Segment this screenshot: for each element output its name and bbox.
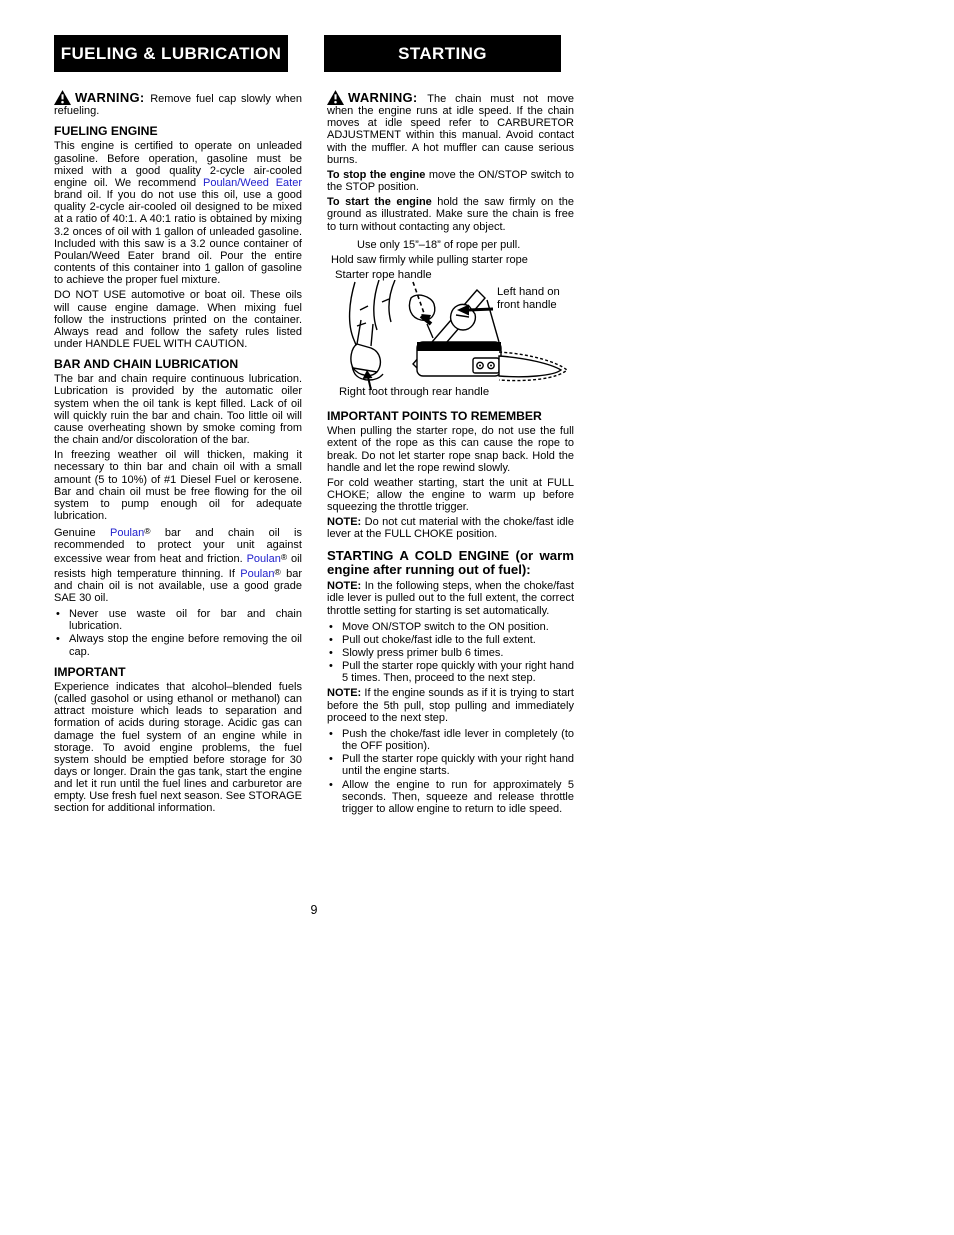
paragraph: The bar and chain require continuous lub… [54, 373, 302, 446]
paragraph: NOTE: In the following steps, when the c… [327, 580, 574, 616]
text-segment: Move ON/STOP switch to the ON position. [342, 621, 549, 633]
section-heading: FUELING ENGINE [54, 125, 302, 137]
bullet-text: Push the choke/fast idle lever in comple… [342, 728, 574, 752]
text-segment: WARNING: [348, 90, 427, 105]
text-segment: To stop the engine [327, 169, 425, 181]
text-segment: Genuine [54, 527, 110, 539]
text-segment: If the engine sounds as if it is trying … [327, 687, 574, 723]
section-header-starting: STARTING [324, 35, 561, 72]
text-segment: Do not cut material with the choke/fast … [327, 516, 574, 540]
paragraph: Experience indicates that alcohol–blende… [54, 681, 302, 815]
column-fueling-lubrication: FUELING & LUBRICATION WARNING: Remove fu… [54, 35, 302, 815]
text-segment: Never use waste oil for bar and chain lu… [69, 608, 302, 632]
warning-triangle-icon [54, 93, 75, 105]
bullet-icon: • [54, 633, 69, 657]
text-segment: For cold weather starting, start the uni… [327, 477, 574, 513]
starting-figure: Starter rope handle [327, 270, 574, 402]
page-number: 9 [54, 903, 574, 917]
section-heading: BAR AND CHAIN LUBRICATION [54, 358, 302, 370]
bullet-icon: • [327, 779, 342, 815]
bullet-icon: • [327, 660, 342, 684]
paragraph: NOTE: If the engine sounds as if it is t… [327, 687, 574, 723]
instruction-line: Use only 15”–18” of rope per pull. [327, 239, 574, 251]
bullet-text: Pull the starter rope quickly with your … [342, 660, 574, 684]
text-segment: BAR AND CHAIN LUBRICATION [54, 357, 238, 371]
text-segment: NOTE: [327, 580, 361, 592]
text-segment: In the following steps, when the choke/f… [327, 580, 574, 616]
text-segment: Push the choke/fast idle lever in comple… [342, 728, 574, 752]
text-segment: NOTE: [327, 687, 361, 699]
text-segment: The bar and chain require continuous lub… [54, 373, 302, 446]
paragraph: NOTE: Do not cut material with the choke… [327, 516, 574, 540]
paragraph: To start the engine hold the saw firmly … [327, 196, 574, 232]
text-segment: IMPORTANT [54, 665, 126, 679]
paragraph: Genuine Poulan® bar and chain oil is rec… [54, 525, 302, 604]
text-segment: Experience indicates that alcohol–blende… [54, 681, 302, 815]
text-segment: FUELING ENGINE [54, 124, 158, 138]
brand-link[interactable]: Poulan [247, 553, 281, 565]
paragraph: This engine is certified to operate on u… [54, 140, 302, 286]
paragraph: In freezing weather oil will thicken, ma… [54, 449, 302, 522]
bullet-list: •Push the choke/fast idle lever in compl… [327, 728, 574, 815]
bullet-icon: • [327, 634, 342, 646]
bullet-icon: • [54, 608, 69, 632]
text-segment: Hold saw firmly while pulling starter ro… [331, 254, 528, 266]
figure-label-right-foot: Right foot through rear handle [339, 386, 489, 399]
section-heading: IMPORTANT [54, 666, 302, 678]
section-header-fueling-lubrication: FUELING & LUBRICATION [54, 35, 288, 72]
manual-page: FUELING & LUBRICATION WARNING: Remove fu… [0, 0, 954, 1235]
bullet-icon: • [327, 753, 342, 777]
text-segment: In freezing weather oil will thicken, ma… [54, 449, 302, 522]
subsection-heading: STARTING A COLD ENGINE (or warm engine a… [327, 549, 574, 578]
text-segment: IMPORTANT POINTS TO REMEMBER [327, 409, 542, 423]
bullet-text: Pull out choke/fast idle to the full ext… [342, 634, 574, 646]
section-heading: IMPORTANT POINTS TO REMEMBER [327, 410, 574, 422]
paragraph: To stop the engine move the ON/STOP swit… [327, 169, 574, 193]
bullet-text: Never use waste oil for bar and chain lu… [69, 608, 302, 632]
bullet-item: •Move ON/STOP switch to the ON position. [327, 621, 574, 633]
bullet-icon: • [327, 621, 342, 633]
instruction-line: Hold saw firmly while pulling starter ro… [327, 254, 574, 266]
bullet-item: •Slowly press primer bulb 6 times. [327, 647, 574, 659]
figure-label-left-hand: Left hand on front handle [497, 286, 563, 311]
bullet-item: •Pull the starter rope quickly with your… [327, 660, 574, 684]
text-segment: Slowly press primer bulb 6 times. [342, 647, 503, 659]
bullet-item: •Allow the engine to run for approximate… [327, 779, 574, 815]
bullet-item: •Never use waste oil for bar and chain l… [54, 608, 302, 632]
bullet-text: Move ON/STOP switch to the ON position. [342, 621, 574, 633]
brand-link[interactable]: Poulan [240, 568, 274, 580]
text-segment: Pull the starter rope quickly with your … [342, 753, 574, 777]
column-starting: STARTING WARNING: The chain must not mov… [324, 35, 574, 817]
warning-paragraph: WARNING: Remove fuel cap slowly when ref… [54, 90, 302, 117]
bullet-item: •Push the choke/fast idle lever in compl… [327, 728, 574, 752]
bullet-icon: • [327, 647, 342, 659]
text-segment: NOTE: [327, 516, 361, 528]
bullet-item: •Always stop the engine before removing … [54, 633, 302, 657]
text-segment: Pull the starter rope quickly with your … [342, 660, 574, 684]
brand-link[interactable]: Poulan [110, 527, 144, 539]
column-body-fueling-lubrication: WARNING: Remove fuel cap slowly when ref… [54, 72, 302, 815]
bullet-list: •Never use waste oil for bar and chain l… [54, 608, 302, 658]
bullet-item: •Pull out choke/fast idle to the full ex… [327, 634, 574, 646]
text-segment: STARTING A COLD ENGINE (or warm engine a… [327, 548, 574, 577]
paragraph: DO NOT USE automotive or boat oil. These… [54, 289, 302, 350]
column-body-starting: WARNING: The chain must not move when th… [324, 72, 574, 815]
text-segment: Allow the engine to run for approximatel… [342, 779, 574, 815]
bullet-icon: • [327, 728, 342, 752]
text-segment: brand oil. If you do not use this oil, u… [54, 189, 302, 286]
bullet-text: Pull the starter rope quickly with your … [342, 753, 574, 777]
text-segment: To start the engine [327, 196, 432, 208]
warning-triangle-icon [327, 93, 348, 105]
bullet-list: •Move ON/STOP switch to the ON position.… [327, 621, 574, 685]
bullet-text: Always stop the engine before removing t… [69, 633, 302, 657]
bullet-text: Allow the engine to run for approximatel… [342, 779, 574, 815]
text-segment: WARNING: [75, 90, 150, 105]
paragraph: For cold weather starting, start the uni… [327, 477, 574, 513]
text-segment: Always stop the engine before removing t… [69, 633, 302, 657]
brand-link[interactable]: Poulan/Weed Eater [203, 177, 302, 189]
text-segment: When pulling the starter rope, do not us… [327, 425, 574, 473]
bullet-item: •Pull the starter rope quickly with your… [327, 753, 574, 777]
bullet-text: Slowly press primer bulb 6 times. [342, 647, 574, 659]
text-segment: DO NOT USE automotive or boat oil. These… [54, 289, 302, 350]
warning-paragraph: WARNING: The chain must not move when th… [327, 90, 574, 166]
text-segment: Pull out choke/fast idle to the full ext… [342, 634, 536, 646]
paragraph: When pulling the starter rope, do not us… [327, 425, 574, 474]
text-segment: Use only 15”–18” of rope per pull. [357, 239, 520, 251]
